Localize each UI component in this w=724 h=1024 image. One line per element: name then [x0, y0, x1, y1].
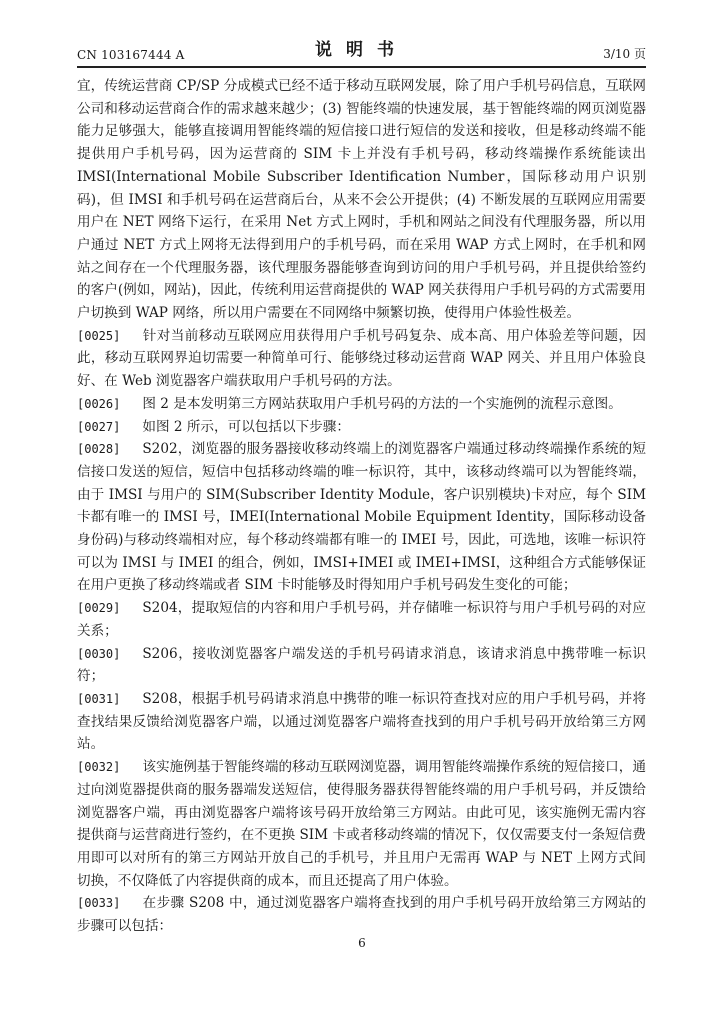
paragraph-text: 宜，传统运营商 CP/SP 分成模式已经不适于移动互联网发展，除了用户手机号码信… [77, 78, 646, 321]
document-body: 宜，传统运营商 CP/SP 分成模式已经不适于移动互联网发展，除了用户手机号码信… [77, 75, 646, 938]
paragraph-text: S206，接收浏览器客户端发送的手机号码请求消息，该请求消息中携带唯一标识符； [77, 646, 646, 685]
paragraph-text: S208，根据手机号码请求消息中携带的唯一标识符查找对应的用户手机号码，并将查找… [77, 691, 646, 752]
page-indicator: 3/10 页 [603, 45, 646, 62]
paragraph-0025: [0025]针对当前移动互联网应用获得用户手机号码复杂、成本高、用户体验差等问题… [77, 325, 646, 393]
paragraph-number: [0026] [77, 397, 120, 411]
page-number: 6 [0, 936, 724, 950]
paragraph-0026: [0026]图 2 是本发明第三方网站获取用户手机号码的方法的一个实施例的流程示… [77, 393, 646, 416]
paragraph-continuation: 宜，传统运营商 CP/SP 分成模式已经不适于移动互联网发展，除了用户手机号码信… [77, 75, 646, 325]
paragraph-text: 在步骤 S208 中，通过浏览器客户端将查找到的用户手机号码开放给第三方网站的步… [77, 895, 646, 934]
paragraph-text: 如图 2 所示，可以包括以下步骤： [142, 419, 350, 435]
paragraph-number: [0033] [77, 896, 120, 910]
paragraph-text: 该实施例基于智能终端的移动互联网浏览器，调用智能终端操作系统的短信接口，通过向浏… [77, 759, 646, 889]
paragraph-0029: [0029]S204，提取短信的内容和用户手机号码，并存储唯一标识符与用户手机号… [77, 597, 646, 642]
paragraph-0032: [0032]该实施例基于智能终端的移动互联网浏览器，调用智能终端操作系统的短信接… [77, 756, 646, 892]
paragraph-0028: [0028]S202，浏览器的服务器接收移动终端上的浏览器客户端通过移动终端操作… [77, 438, 646, 597]
paragraph-number: [0032] [77, 760, 120, 774]
paragraph-number: [0029] [77, 601, 120, 615]
paragraph-text: S202，浏览器的服务器接收移动终端上的浏览器客户端通过移动终端操作系统的短信接… [77, 441, 646, 593]
paragraph-text: S204，提取短信的内容和用户手机号码，并存储唯一标识符与用户手机号码的对应关系… [77, 600, 646, 639]
paragraph-number: [0030] [77, 647, 120, 661]
paragraph-0030: [0030]S206，接收浏览器客户端发送的手机号码请求消息，该请求消息中携带唯… [77, 643, 646, 688]
page-header: CN 103167444 A 说明书 3/10 页 [77, 36, 646, 66]
paragraph-0027: [0027]如图 2 所示，可以包括以下步骤： [77, 416, 646, 439]
header-divider [77, 66, 646, 68]
paragraph-0031: [0031]S208，根据手机号码请求消息中携带的唯一标识符查找对应的用户手机号… [77, 688, 646, 756]
document-title: 说明书 [77, 35, 646, 60]
paragraph-number: [0027] [77, 420, 120, 434]
paragraph-number: [0025] [77, 329, 120, 343]
paragraph-0033: [0033]在步骤 S208 中，通过浏览器客户端将查找到的用户手机号码开放给第… [77, 892, 646, 937]
paragraph-number: [0031] [77, 692, 120, 706]
paragraph-number: [0028] [77, 442, 120, 456]
paragraph-text: 图 2 是本发明第三方网站获取用户手机号码的方法的一个实施例的流程示意图。 [142, 396, 621, 412]
paragraph-text: 针对当前移动互联网应用获得用户手机号码复杂、成本高、用户体验差等问题，因此，移动… [77, 328, 646, 389]
